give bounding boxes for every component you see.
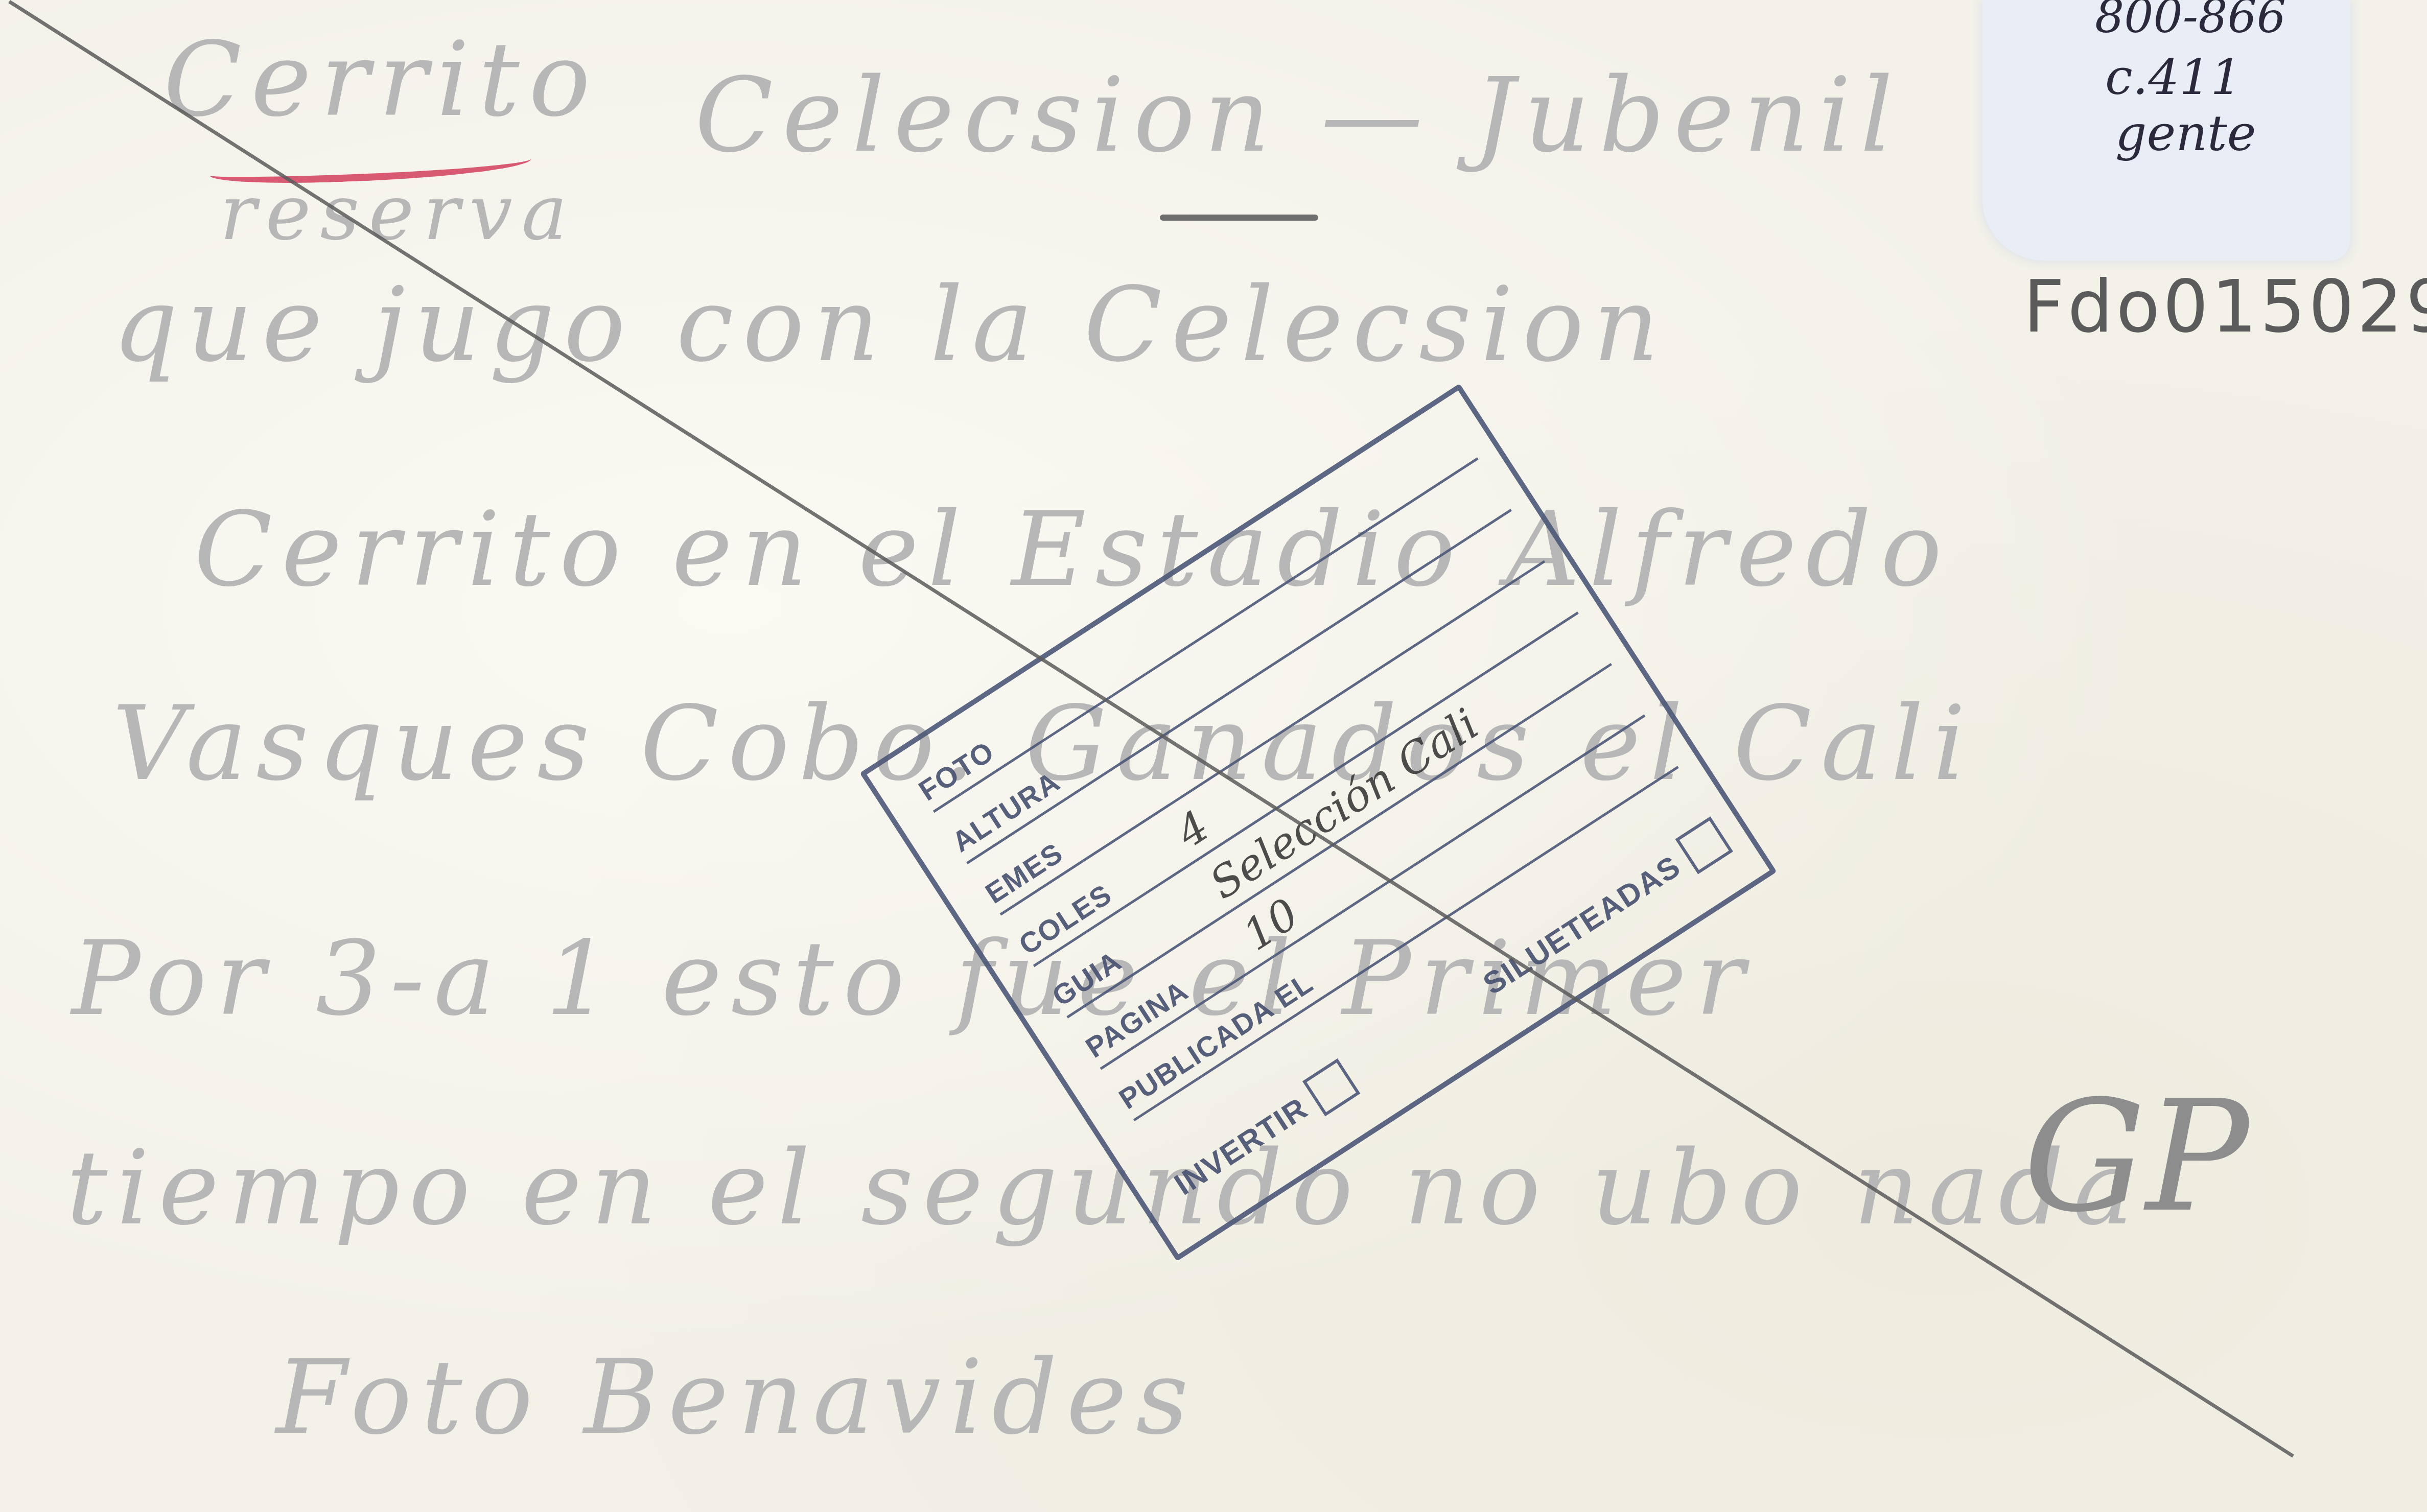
corner-note-line-3: gente	[2115, 105, 2256, 162]
field-label: FOTO	[913, 734, 1000, 807]
photo-back-sheet: 800-866 c.411 gente Fdo015029 Cerrito re…	[0, 0, 2427, 1512]
field-value: 10	[1234, 889, 1308, 960]
checkbox-square-icon	[1302, 1058, 1360, 1116]
stamp-field-publicada: PUBLICADA EL	[1133, 766, 1679, 1121]
corner-note-line-2: c.411	[2105, 49, 2242, 106]
heading-word: Cerrito	[164, 20, 599, 139]
monogram-signature: GP	[2023, 1068, 2249, 1246]
handwriting-line-1: Celecsion — Jubenil	[695, 56, 1902, 175]
field-value: Selección Cali	[1201, 699, 1487, 909]
handwriting-line-3: Cerrito en el Estadio Alfredo	[194, 490, 1951, 609]
heading-subword: reserva	[220, 169, 576, 257]
dash-mark	[1160, 215, 1318, 221]
stamp-field-coles: COLES 4	[1033, 611, 1579, 967]
field-value: 4	[1168, 800, 1218, 857]
handwriting-line-7: Foto Benavides	[276, 1338, 1198, 1457]
checkbox-square-icon	[1675, 816, 1733, 874]
archive-code: Fdo015029	[2023, 266, 2427, 349]
handwriting-line-2: que jugo con la Celecsion	[112, 266, 1668, 385]
corner-note-line-1: 800-866	[2095, 0, 2286, 43]
field-label: GUIA	[1046, 944, 1128, 1013]
checkbox-label: INVERTIR	[1168, 1090, 1314, 1202]
